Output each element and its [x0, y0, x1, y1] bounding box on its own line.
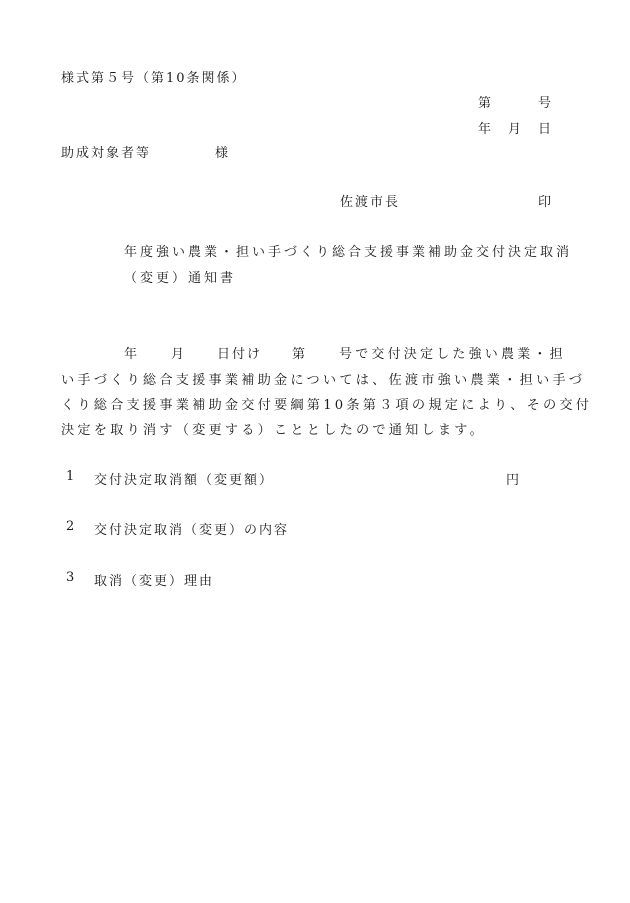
- item-label: 交付決定取消（変更）の内容: [94, 519, 289, 538]
- body-number-prefix: 第: [292, 343, 307, 362]
- item-number: 1: [66, 469, 76, 484]
- item-label: 取消（変更）理由: [94, 570, 214, 589]
- addressee: 助成対象者等: [61, 142, 151, 161]
- item-label: 交付決定取消額（変更額）: [94, 469, 274, 488]
- seal-mark: 印: [538, 191, 553, 210]
- body-month: 月: [171, 343, 186, 362]
- body-line-2: い手づくり総合支援事業補助金については、佐渡市強い農業・担い手づ: [61, 369, 585, 388]
- item-number: 3: [66, 570, 76, 585]
- document-number-prefix: 第: [478, 92, 493, 111]
- body-line-4: 決定を取り消す（変更する）こととしたので通知します。: [61, 419, 486, 438]
- body-line-1: 号で交付決定した強い農業・担: [339, 343, 566, 362]
- issuer: 佐渡市長: [340, 191, 400, 210]
- title-line-2: （変更）通知書: [124, 267, 236, 286]
- title-line-1: 年度強い農業・担い手づくり総合支援事業補助金交付決定取消: [124, 241, 572, 260]
- body-line-3: くり総合支援事業補助金交付要綱第10条第３項の規定により、その交付: [61, 394, 592, 413]
- date-day: 日: [538, 118, 553, 137]
- body-year: 年: [124, 343, 139, 362]
- addressee-honorific: 様: [215, 142, 230, 161]
- item-number: 2: [66, 519, 76, 534]
- document-number-suffix: 号: [538, 92, 553, 111]
- date-year: 年: [478, 118, 493, 137]
- date-month: 月: [508, 118, 523, 137]
- item-unit-yen: 円: [506, 469, 521, 488]
- form-number: 様式第５号（第10条関係）: [61, 67, 247, 86]
- body-day-dated: 日付け: [217, 343, 262, 362]
